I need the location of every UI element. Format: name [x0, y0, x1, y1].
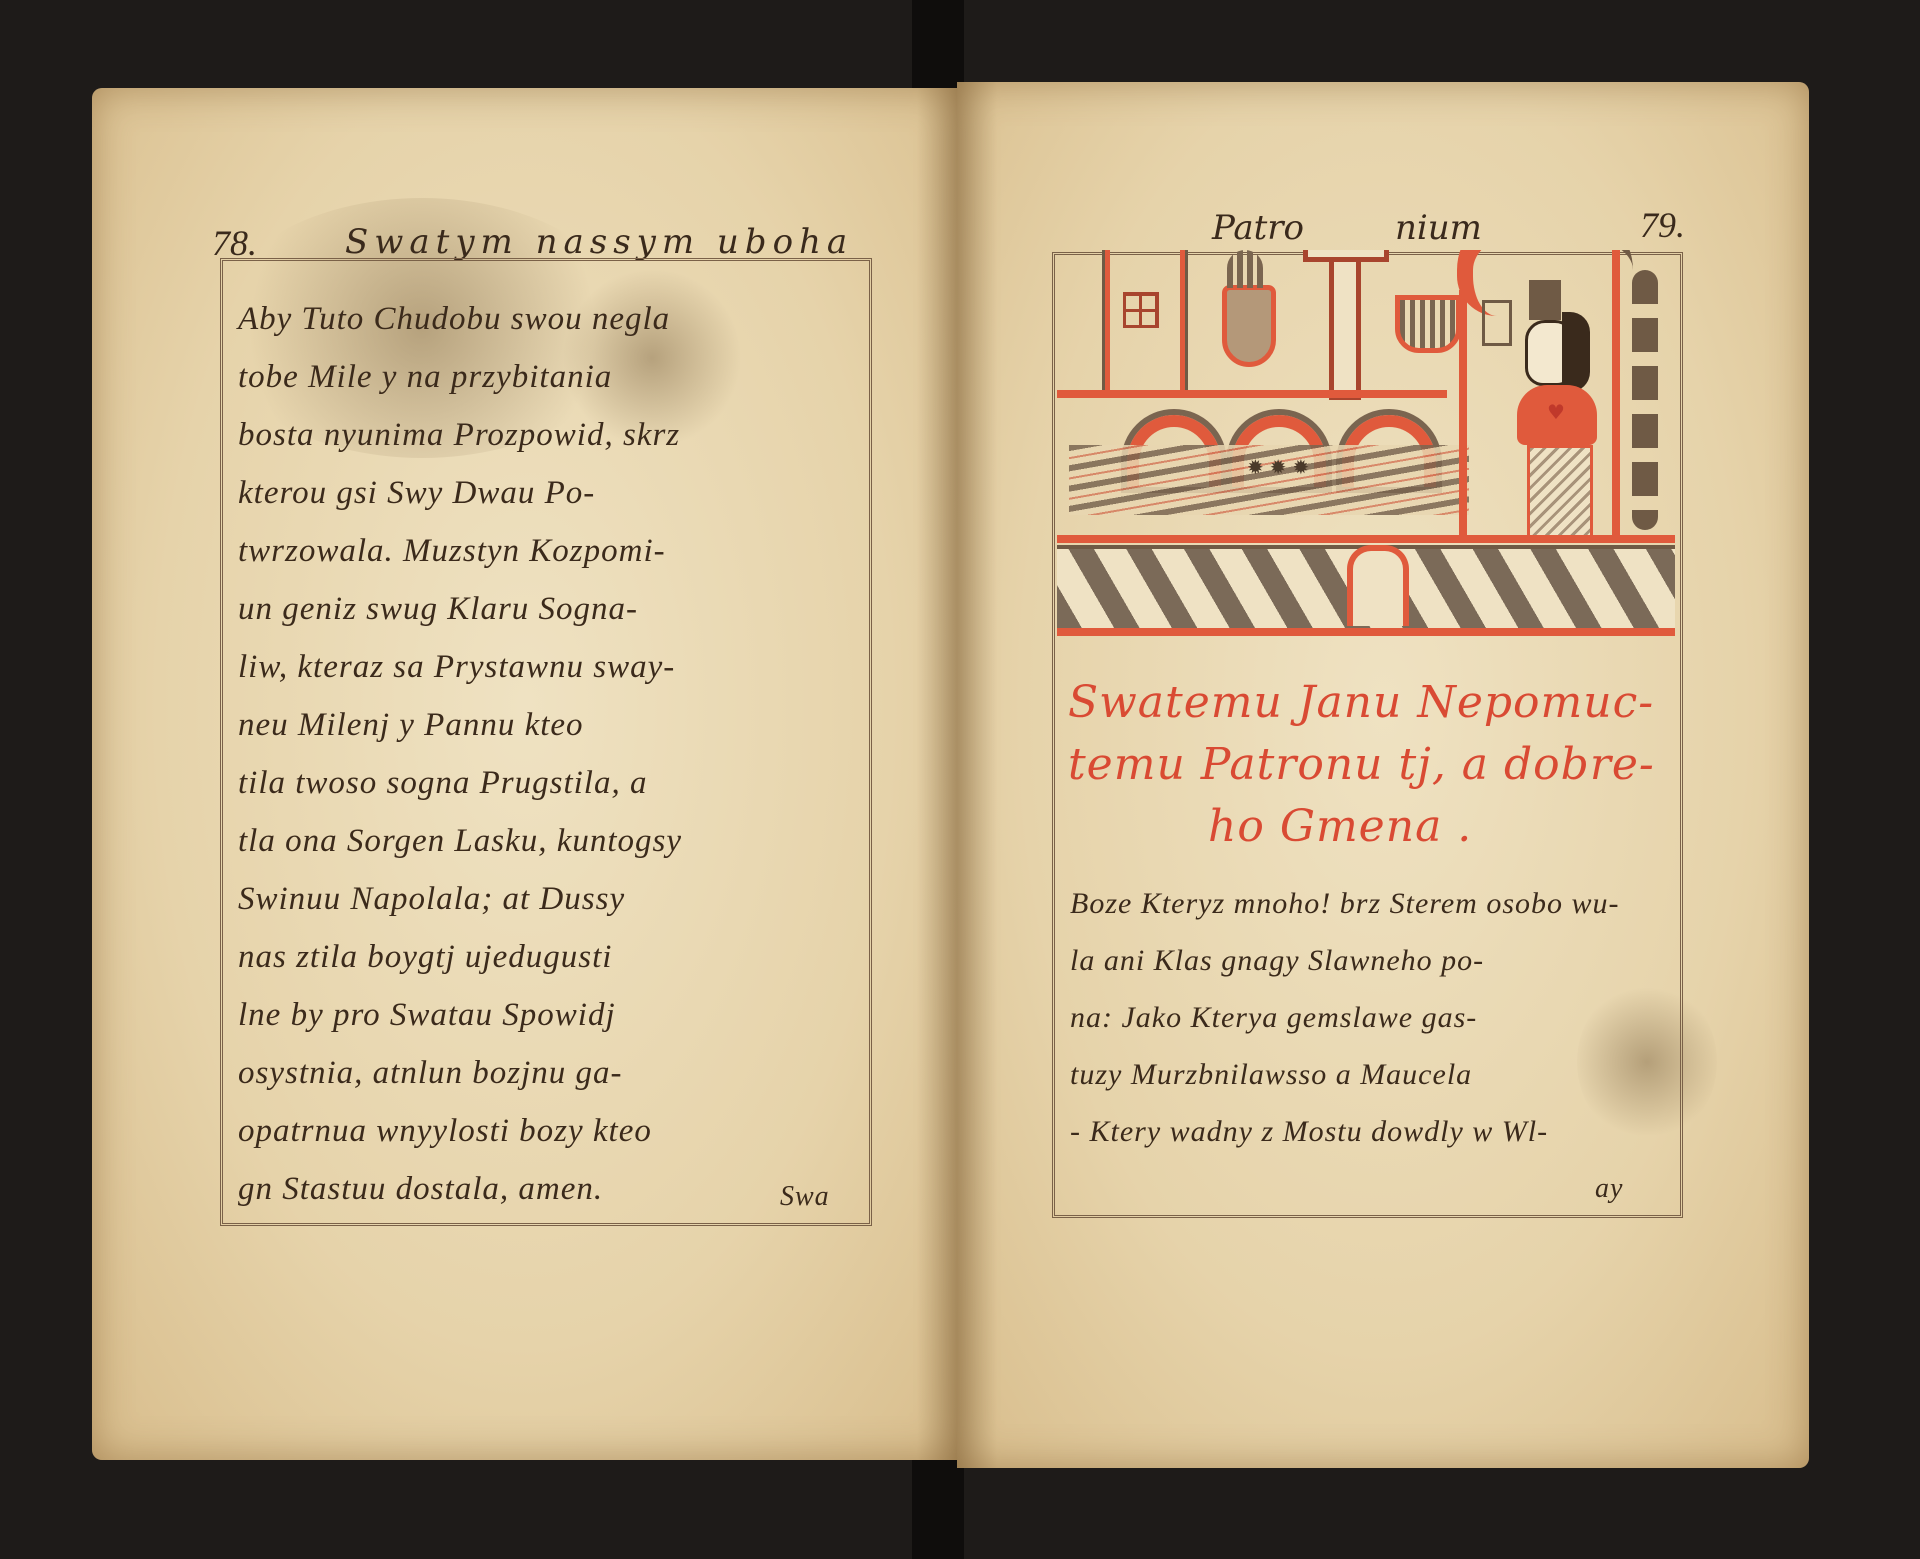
text-line: tobe Mile y na przybitania: [238, 348, 858, 406]
text-line: gn Stastuu dostala, amen.: [238, 1160, 858, 1218]
floor-base-line: [1057, 628, 1675, 636]
text-line: nas ztila boygtj ujedugusti: [238, 928, 858, 986]
text-line: - Ktery wadny z Mostu dowdly w Wl-: [1070, 1103, 1670, 1160]
base-line: [1057, 535, 1675, 543]
running-head-right-part2: nium: [1395, 208, 1482, 248]
text-line: osystnia, atnlun bozjnu ga-: [238, 1044, 858, 1102]
text-line: Boze Kteryz mnoho! brz Sterem osobo wu-: [1070, 875, 1670, 932]
left-body-text: Aby Tuto Chudobu swou negla tobe Mile y …: [238, 290, 858, 1218]
cross-arm: [1303, 250, 1389, 262]
window-icon: [1123, 292, 1159, 328]
text-line: lne by pro Swatau Spowidj: [238, 986, 858, 1044]
page-number-right: 79.: [1640, 204, 1685, 246]
flower-pot-icon: [1395, 295, 1461, 353]
text-line: kterou gsi Swy Dwau Po-: [238, 464, 858, 522]
heart-icon: ♥: [1547, 400, 1565, 424]
rubric-line: ho Gmena .: [1068, 796, 1655, 858]
lantern-icon: [1482, 300, 1512, 346]
catchword-left: Swa: [780, 1168, 830, 1226]
stars-icon: ✹✹✹: [1247, 455, 1315, 479]
saint-hair: [1562, 312, 1590, 392]
text-line: la ani Klas gnagy Slawneho po-: [1070, 932, 1670, 989]
text-line: liw, kteraz sa Prystawnu sway-: [238, 638, 858, 696]
text-line: tuzy Murzbnilawsso a Maucela: [1070, 1046, 1670, 1103]
vase-plant-icon: [1227, 250, 1263, 288]
text-line: Swinuu Napolala; at Dussy: [238, 870, 858, 928]
cross-icon: [1329, 250, 1361, 400]
text-line: na: Jako Kterya gemslawe gas-: [1070, 989, 1670, 1046]
vase-icon: [1222, 285, 1276, 367]
gutter-shadow: [917, 88, 957, 1460]
text-line: opatrnua wnyylosti bozy kteo: [238, 1102, 858, 1160]
shelf-line: [1057, 390, 1447, 398]
text-line: un geniz swug Klaru Sogna-: [238, 580, 858, 638]
shrine-icon: [1347, 545, 1409, 626]
running-head-left: Swatym nassym uboha: [345, 222, 853, 262]
rubric-title: Swatemu Janu Nepomuc- temu Patronu tj, a…: [1068, 672, 1655, 858]
text-line: tla ona Sorgen Lasku, kuntogsy: [238, 812, 858, 870]
rubric-line: Swatemu Janu Nepomuc-: [1068, 672, 1655, 734]
biretta-icon: [1529, 280, 1561, 320]
right-body-text: Boze Kteryz mnoho! brz Sterem osobo wu- …: [1070, 875, 1670, 1160]
running-head-right-part1: Patro: [1212, 208, 1304, 248]
saint-robe: [1527, 445, 1593, 541]
pillar: [1459, 290, 1467, 535]
gutter-shadow: [957, 82, 997, 1468]
text-line: Aby Tuto Chudobu swou negla: [238, 290, 858, 348]
text-line: bosta nyunima Prozpowid, skrz: [238, 406, 858, 464]
text-line: neu Milenj y Pannu kteo: [238, 696, 858, 754]
saint-illustration: ✹✹✹ ♥: [1057, 250, 1675, 640]
text-line: tila twoso sogna Prugstila, a: [238, 754, 858, 812]
rubric-line: temu Patronu tj, a dobre-: [1068, 734, 1655, 796]
catchword-right: ay: [1595, 1160, 1623, 1218]
text-line: twrzowala. Muzstyn Kozpomi-: [238, 522, 858, 580]
leaf-border: [1632, 270, 1658, 530]
